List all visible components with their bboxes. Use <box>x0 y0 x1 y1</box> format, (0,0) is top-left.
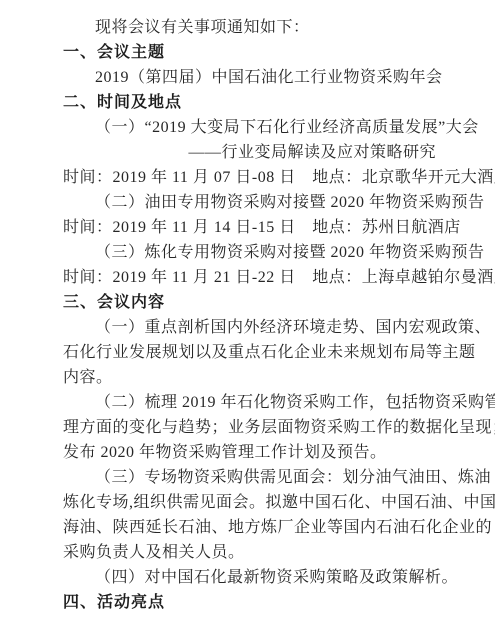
text-line: 海油、陕西延长石油、地方炼厂企业等国内石油石化企业的 <box>63 515 436 540</box>
text-line: 炼化专场,组织供需见面会。拟邀中国石化、中国石油、中国 <box>63 490 436 515</box>
section-heading-1: 一、会议主题 <box>63 40 436 65</box>
subtitle-line: ——行业变局解读及应对策略研究 <box>63 140 436 165</box>
section-heading-3: 三、会议内容 <box>63 290 436 315</box>
text-line: （二）梳理 2019 年石化物资采购工作，包括物资采购管 <box>63 390 436 415</box>
time-place-line: 时间：2019 年 11 月 14 日-15 日 地点：苏州日航酒店 <box>63 215 436 240</box>
text-line: （一）重点剖析国内外经济环境走势、国内宏观政策、 <box>63 315 436 340</box>
document-page: 现将会议有关事项通知如下： 一、会议主题 2019（第四届）中国石油化工行业物资… <box>63 15 436 615</box>
text-line: （二）油田专用物资采购对接暨 2020 年物资采购预告 <box>63 190 436 215</box>
text-line: 发布 2020 年物资采购管理工作计划及预告。 <box>63 440 436 465</box>
section-heading-4: 四、活动亮点 <box>63 590 436 615</box>
text-line: 理方面的变化与趋势；业务层面物资采购工作的数据化呈现； <box>63 415 436 440</box>
text-line: （四）对中国石化最新物资采购策略及政策解析。 <box>63 565 436 590</box>
text-line: （三）炼化专用物资采购对接暨 2020 年物资采购预告 <box>63 240 436 265</box>
text-line: 内容。 <box>63 365 436 390</box>
section-heading-2: 二、时间及地点 <box>63 90 436 115</box>
text-line: （一）“2019 大变局下石化行业经济高质量发展”大会 <box>63 115 436 140</box>
time-place-line: 时间：2019 年 11 月 21 日-22 日 地点：上海卓越铂尔曼酒店 <box>63 265 436 290</box>
intro-line: 现将会议有关事项通知如下： <box>63 15 436 40</box>
text-line: 石化行业发展规划以及重点石化企业未来规划布局等主题 <box>63 340 436 365</box>
time-place-line: 时间：2019 年 11 月 07 日-08 日 地点：北京歌华开元大酒店 <box>63 165 436 190</box>
text-line: 采购负责人及相关人员。 <box>63 540 436 565</box>
text-line: （三）专场物资采购供需见面会：划分油气油田、炼油 <box>63 465 436 490</box>
text-line: 2019（第四届）中国石油化工行业物资采购年会 <box>63 65 436 90</box>
